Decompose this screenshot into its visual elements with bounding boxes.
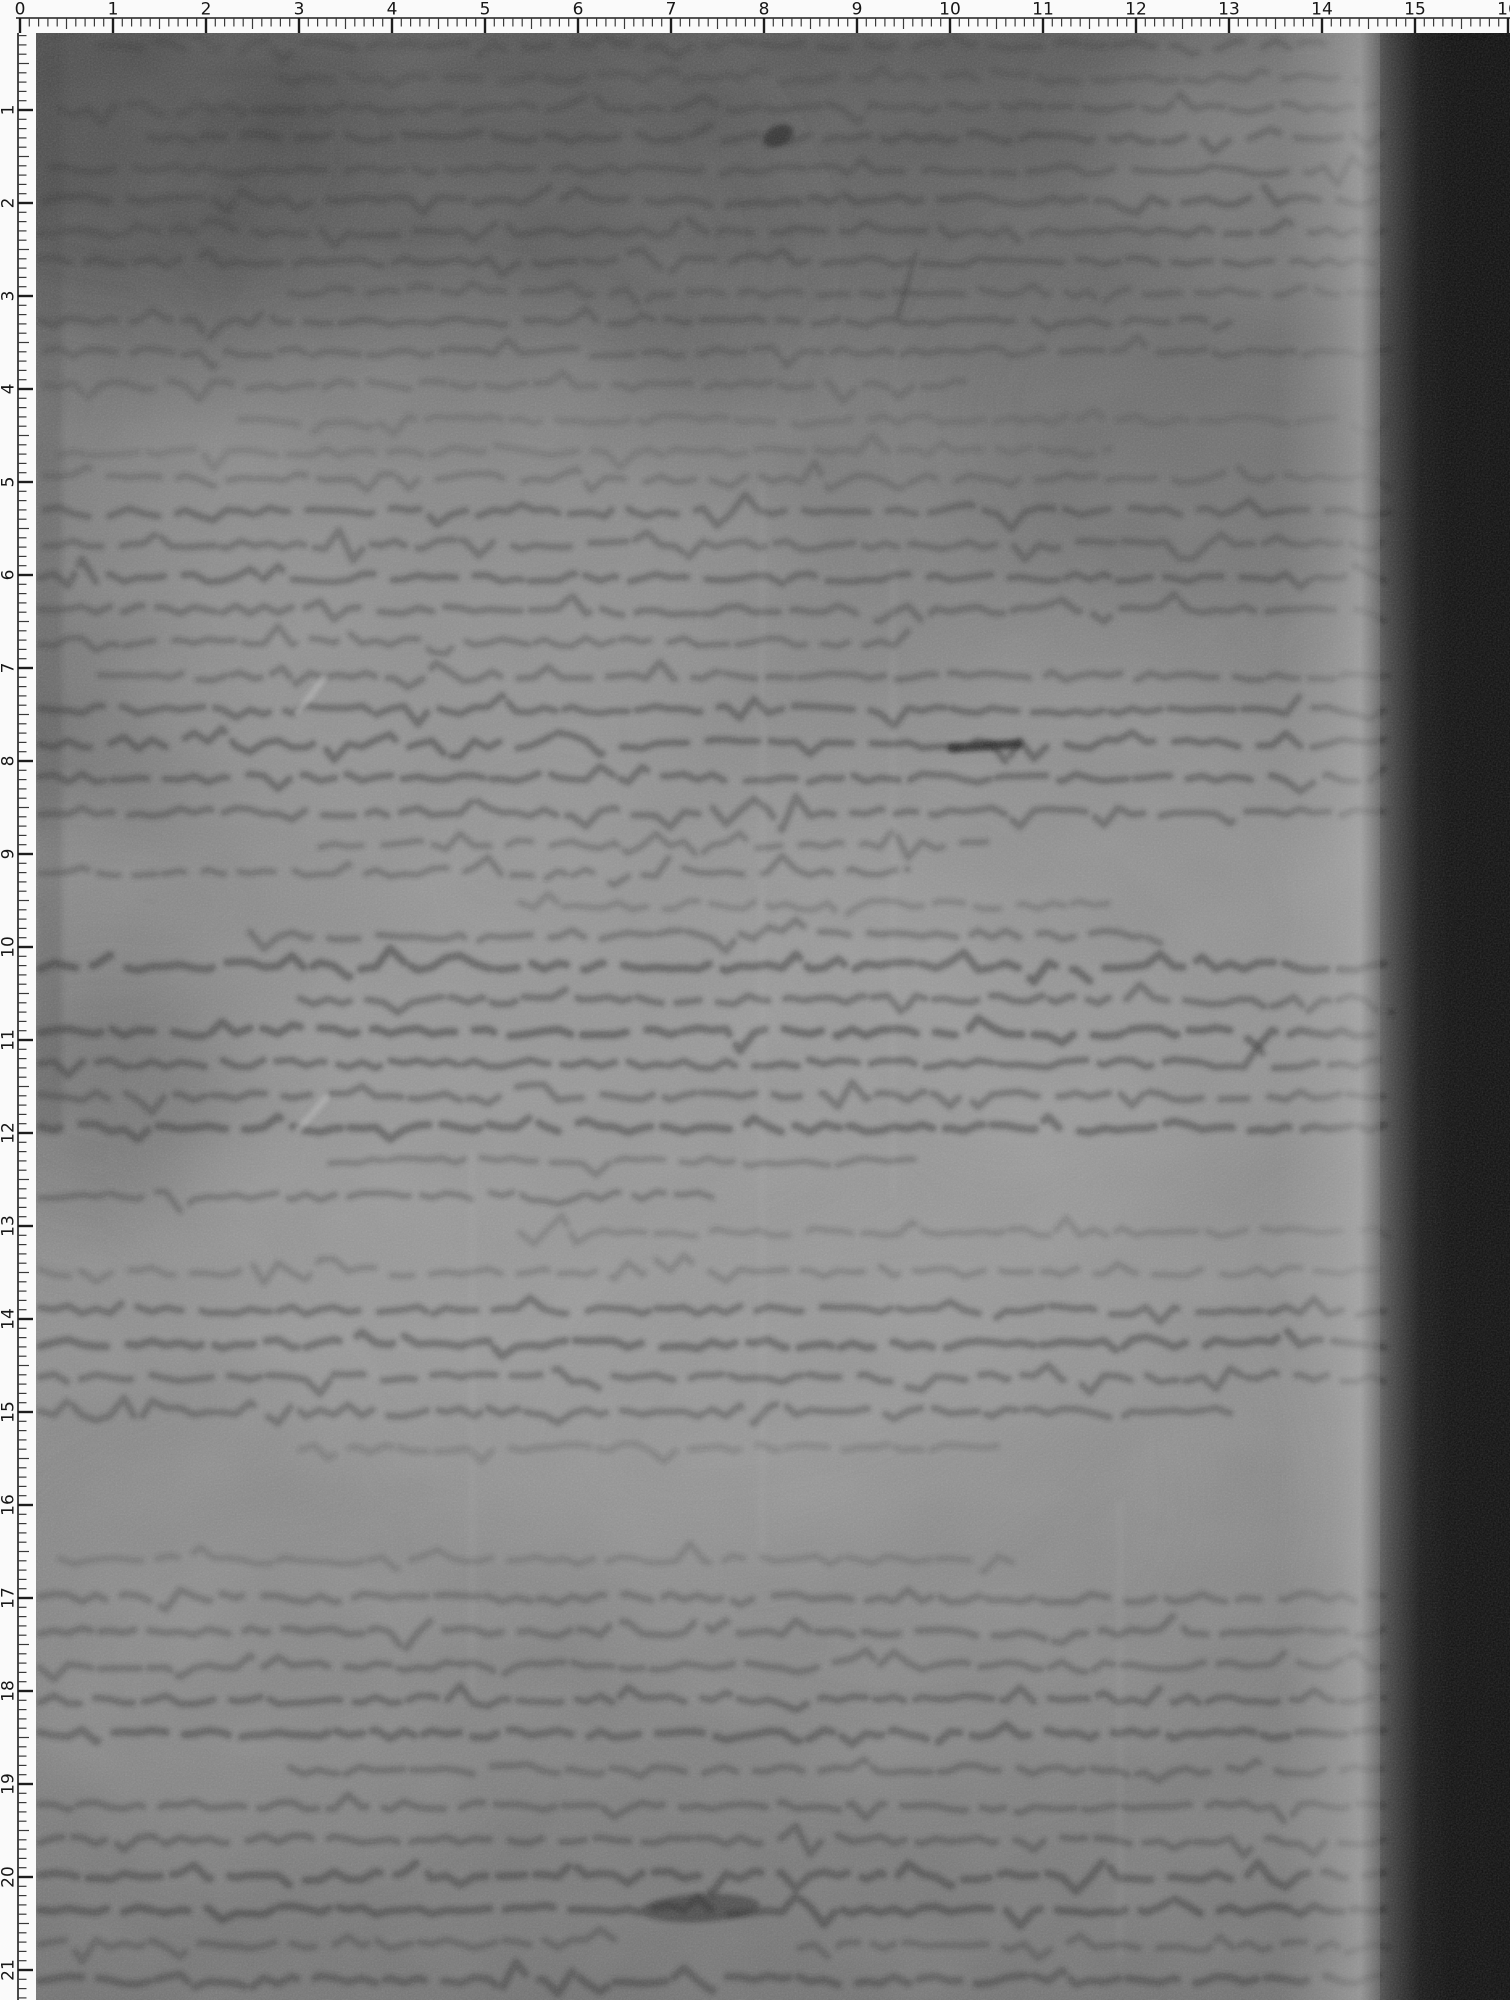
left-ruler: 0123456789101112131415161718192021	[0, 0, 36, 2000]
top-ruler-label: 0	[15, 0, 26, 20]
left-ruler-label: 21	[0, 1959, 19, 1981]
top-ruler-label: 10	[939, 0, 961, 20]
left-ruler-label: 2	[0, 198, 19, 209]
left-ruler-label: 16	[0, 1494, 19, 1516]
top-ruler-label: 4	[387, 0, 398, 20]
top-ruler-label: 7	[666, 0, 677, 20]
top-ruler-label: 16	[1497, 0, 1510, 20]
top-ruler-label: 5	[480, 0, 491, 20]
left-ruler-label: 17	[0, 1587, 19, 1609]
left-ruler-label: 7	[0, 663, 19, 674]
top-ruler-label: 11	[1032, 0, 1054, 20]
top-ruler-strip	[0, 0, 1510, 33]
manuscript-paper	[0, 0, 1510, 2000]
top-ruler-label: 12	[1125, 0, 1147, 20]
top-ruler-label: 15	[1404, 0, 1426, 20]
left-ruler-label: 10	[0, 936, 19, 958]
top-ruler-label: 13	[1218, 0, 1240, 20]
left-ruler-label: 18	[0, 1680, 19, 1702]
top-ruler-label: 3	[294, 0, 305, 20]
left-ruler-label: 14	[0, 1308, 19, 1330]
top-ruler: 012345678910111213141516	[0, 0, 1510, 33]
left-ruler-label: 20	[0, 1866, 19, 1888]
left-ruler-label: 1	[0, 105, 19, 116]
top-ruler-label: 14	[1311, 0, 1333, 20]
film-grain	[36, 33, 1510, 2000]
top-ruler-label: 9	[852, 0, 863, 20]
left-ruler-label: 12	[0, 1122, 19, 1144]
manuscript-scan: 0123456789101112131415161718192021 01234…	[0, 0, 1510, 2000]
left-ruler-label: 5	[0, 477, 19, 488]
top-ruler-label: 1	[108, 0, 119, 20]
left-ruler-label: 4	[0, 384, 19, 395]
left-ruler-label: 9	[0, 849, 19, 860]
left-ruler-label: 13	[0, 1215, 19, 1237]
top-ruler-label: 8	[759, 0, 770, 20]
left-ruler-label: 11	[0, 1029, 19, 1051]
left-ruler-label: 6	[0, 570, 19, 581]
top-ruler-label: 2	[201, 0, 212, 20]
top-ruler-label: 6	[573, 0, 584, 20]
left-ruler-label: 15	[0, 1401, 19, 1423]
left-ruler-label: 8	[0, 756, 19, 767]
left-ruler-label: 19	[0, 1773, 19, 1795]
left-ruler-label: 3	[0, 291, 19, 302]
